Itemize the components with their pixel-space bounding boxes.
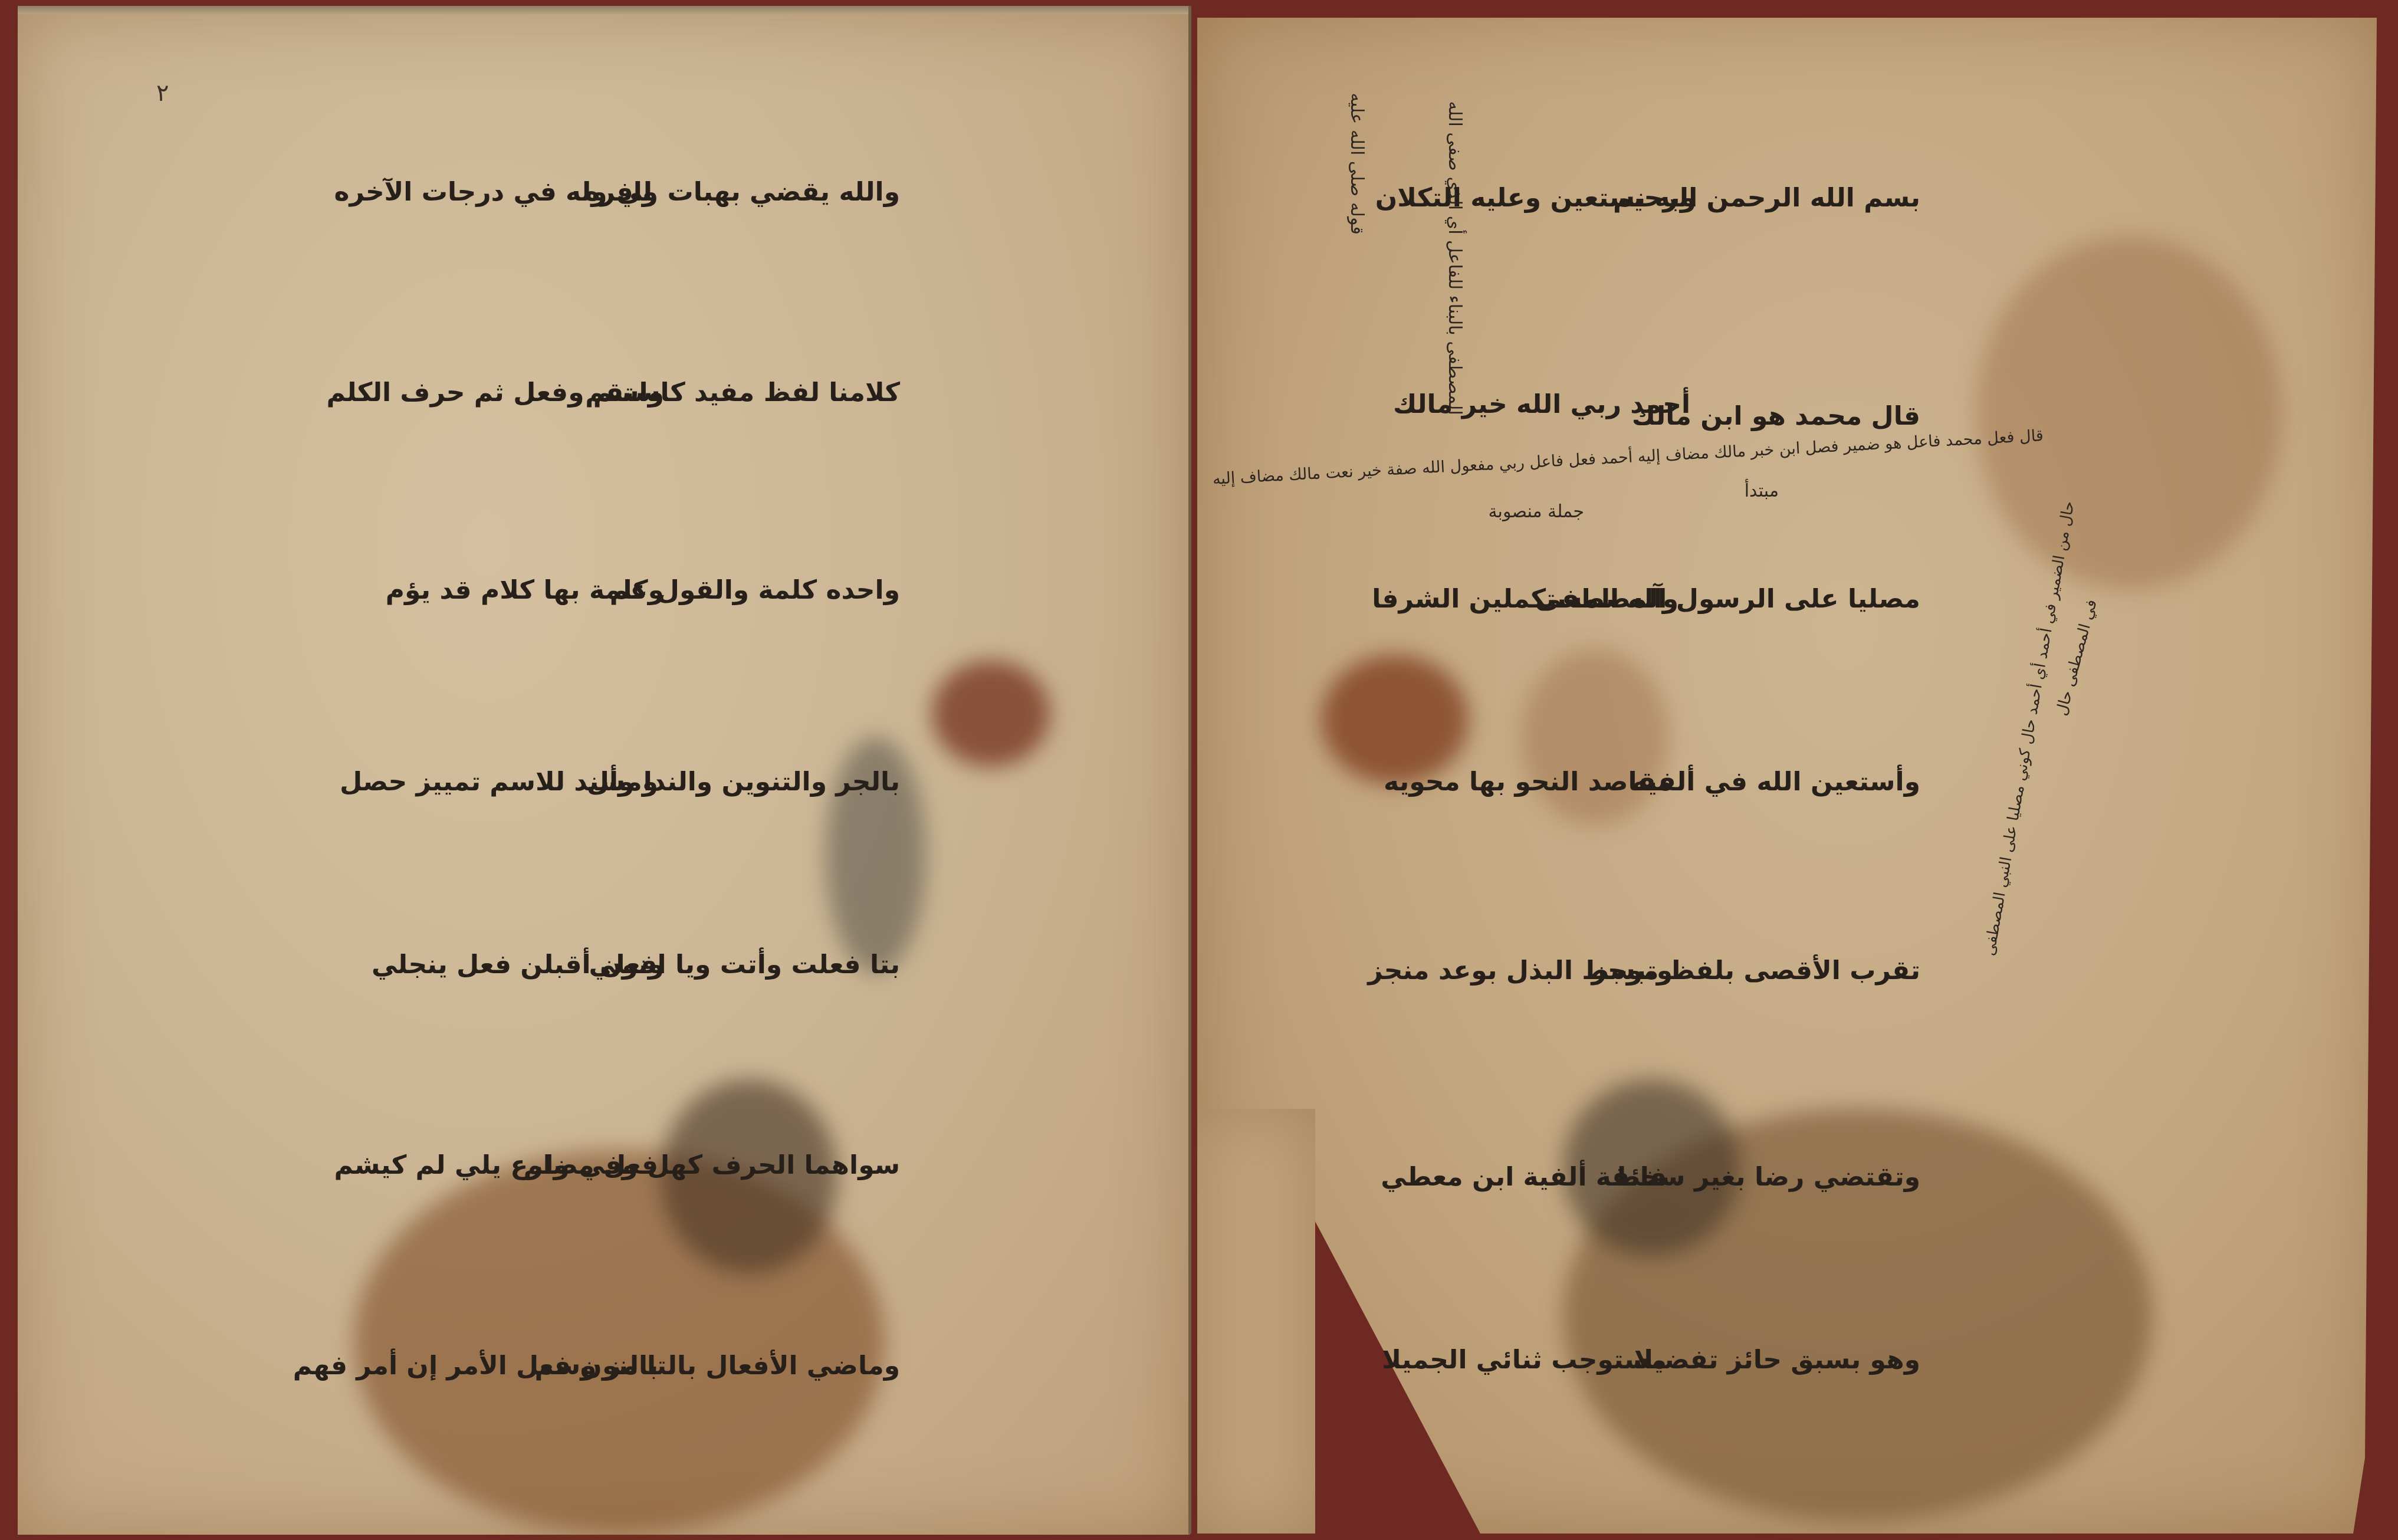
verse-left-hemistich: مقاصد النحو بها محويه — [1384, 767, 1673, 797]
gutter — [1188, 6, 1191, 1534]
verse-left-hemistich: أحمد ربي الله خير مالك — [1393, 389, 1690, 419]
verse-left-hemistich: وكلمة بها كلام قد يؤم — [386, 575, 664, 605]
verse-left-hemistich: وبه نستعين وعليه التكلان — [1375, 183, 1696, 213]
page-number: ٢ — [156, 80, 169, 107]
verse-left-hemistich: وآله المستكملين الشرفا — [1372, 584, 1678, 614]
margin-note-vertical: المصطفى بالبناء للفاعل أي الذي صفى الله — [1444, 101, 1465, 415]
verse-left-hemistich: واسم وفعل ثم حرف الكلم — [326, 377, 664, 408]
verse-left-hemistich: بالنون فعل الأمر إن أمر فهم — [293, 1351, 658, 1381]
verse-left-hemistich: ومسند للاسم تمييز حصل — [340, 767, 658, 797]
verse-right-hemistich: وأستعين الله في ألفيه — [1632, 767, 1921, 797]
verse-left-hemistich: فعل مضارع يلي لم كيشم — [334, 1150, 658, 1180]
verse-left-hemistich: ونون أقبلن فعل ينجلي — [372, 950, 664, 980]
verse-right-hemistich: وهو بسبق حائز تفضيلا — [1634, 1345, 1920, 1375]
margin-note-vertical: قوله صلى الله عليه — [1346, 93, 1367, 235]
right-page-lower-strip — [1197, 1109, 1315, 1534]
top-edge — [18, 6, 1188, 14]
verse-left-hemistich: فائقة ألفية ابن معطي — [1381, 1162, 1667, 1192]
interlinear-gloss-second: مبتدأ — [1745, 481, 1779, 501]
verse-left-hemistich: مستوجب ثنائي الجميلا — [1382, 1345, 1667, 1375]
verse-left-hemistich: لي وله في درجات الآخره — [334, 177, 652, 207]
interlinear-gloss-third: جملة منصوبة — [1488, 501, 1584, 522]
verse-left-hemistich: وتبسط البذل بوعد منجز — [1368, 955, 1673, 986]
